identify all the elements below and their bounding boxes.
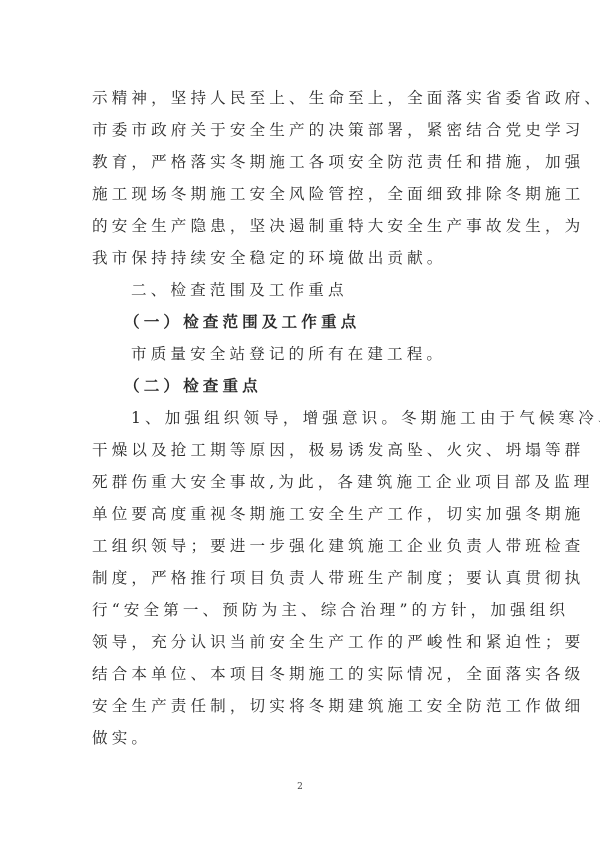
paragraph-line: 的安全生产隐患，坚决遏制重特大安全生产事故发生，为 [92,210,512,242]
paragraph-line: 干燥以及抢工期等原因，极易诱发高坠、火灾、坍塌等群 [92,434,512,466]
page-number: 2 [0,782,600,792]
paragraph-line: 施工现场冬期施工安全风险管控，全面细致排除冬期施工 [92,178,512,210]
paragraph-line: 行“安全第一、预防为主、综合治理”的方针，加强组织 [92,594,512,626]
paragraph-line: 结合本单位、本项目冬期施工的实际情况，全面落实各级 [92,658,512,690]
paragraph-line: 单位要高度重视冬期施工安全生产工作，切实加强冬期施 [92,498,512,530]
document-body: 示精神，坚持人民至上、生命至上，全面落实省委省政府、 市委市政府关于安全生产的决… [92,82,512,754]
paragraph-line: 市委市政府关于安全生产的决策部署，紧密结合党史学习 [92,114,512,146]
paragraph-line: 死群伤重大安全事故,为此，各建筑施工企业项目部及监理 [92,466,512,498]
paragraph-line: 做实。 [92,722,512,754]
paragraph-line: 领导，充分认识当前安全生产工作的严峻性和紧迫性；要 [92,626,512,658]
paragraph-line: 我市保持持续安全稳定的环境做出贡献。 [92,242,512,274]
paragraph-line: 教育，严格落实冬期施工各项安全防范责任和措施，加强 [92,146,512,178]
section-heading: 二、检查范围及工作重点 [92,274,512,306]
subsection-text: 市质量安全站登记的所有在建工程。 [92,338,512,370]
paragraph-line: 制度，严格推行项目负责人带班生产制度；要认真贯彻执 [92,562,512,594]
subsection-heading: （一）检查范围及工作重点 [92,306,512,338]
paragraph-line: 工组织领导；要进一步强化建筑施工企业负责人带班检查 [92,530,512,562]
paragraph-line: 安全生产责任制，切实将冬期建筑施工安全防范工作做细 [92,690,512,722]
paragraph-line: 示精神，坚持人民至上、生命至上，全面落实省委省政府、 [92,82,512,114]
subsection-heading: （二）检查重点 [92,370,512,402]
paragraph-line: 1、加强组织领导，增强意识。冬期施工由于气候寒冷、 [92,402,512,434]
document-page: 示精神，坚持人民至上、生命至上，全面落实省委省政府、 市委市政府关于安全生产的决… [0,0,600,848]
